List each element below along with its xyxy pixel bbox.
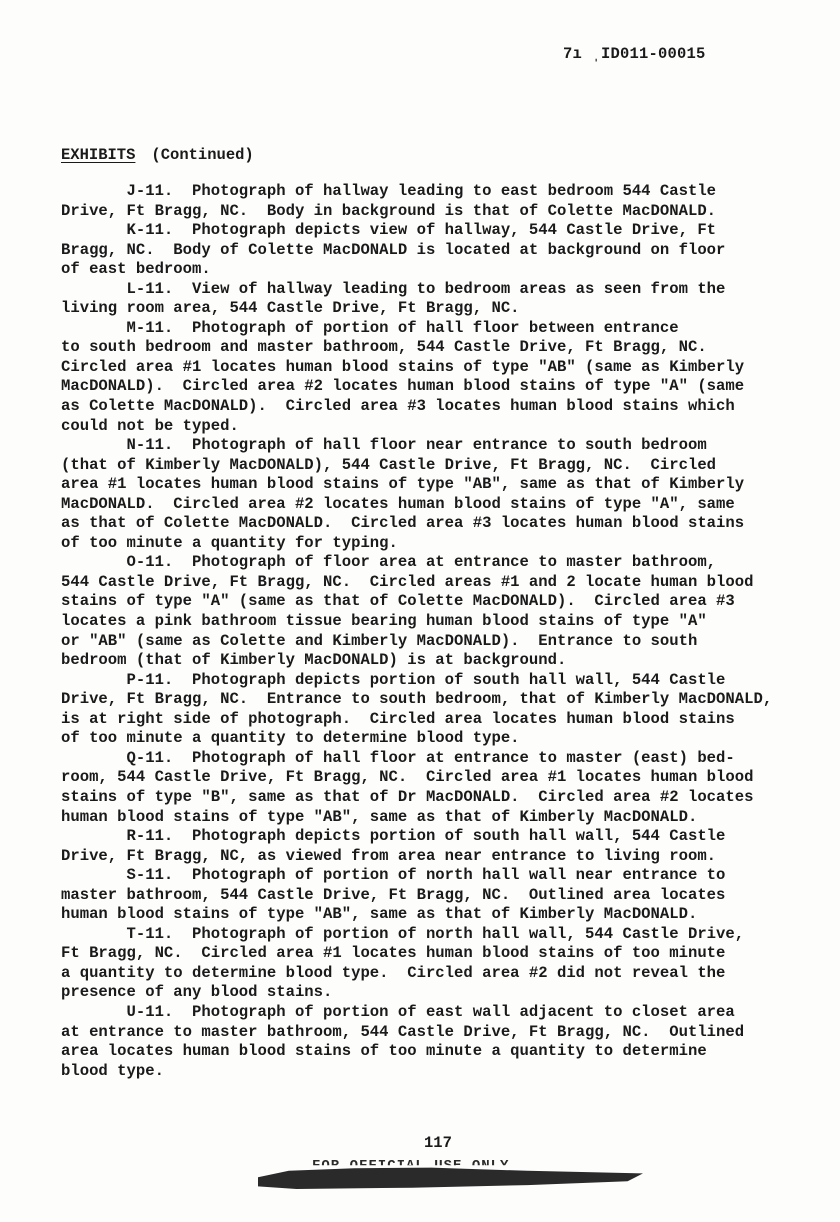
exhibit-j-11: J-11. Photograph of hallway leading to e… xyxy=(61,182,831,221)
exhibit-line: presence of any blood stains. xyxy=(61,983,831,1003)
exhibit-line: bedroom (that of Kimberly MacDONALD) is … xyxy=(61,651,831,671)
redaction-bar xyxy=(258,1163,643,1189)
exhibit-line: R-11. Photograph depicts portion of sout… xyxy=(61,827,831,847)
exhibit-s-11: S-11. Photograph of portion of north hal… xyxy=(61,866,831,925)
exhibit-line: N-11. Photograph of hall floor near entr… xyxy=(61,436,831,456)
exhibit-line: Q-11. Photograph of hall floor at entran… xyxy=(61,749,831,769)
exhibit-line: O-11. Photograph of floor area at entran… xyxy=(61,553,831,573)
exhibit-line: human blood stains of type "AB", same as… xyxy=(61,905,831,925)
exhibit-line: a quantity to determine blood type. Circ… xyxy=(61,964,831,984)
exhibit-line: of too minute a quantity to determine bl… xyxy=(61,729,831,749)
exhibit-t-11: T-11. Photograph of portion of north hal… xyxy=(61,925,831,1003)
exhibit-line: area #1 locates human blood stains of ty… xyxy=(61,475,831,495)
exhibit-line: stains of type "A" (same as that of Cole… xyxy=(61,592,831,612)
exhibit-line: MacDONALD). Circled area #2 locates huma… xyxy=(61,377,831,397)
page-number: 117 xyxy=(424,1134,452,1152)
exhibit-o-11: O-11. Photograph of floor area at entran… xyxy=(61,553,831,670)
exhibit-r-11: R-11. Photograph depicts portion of sout… xyxy=(61,827,831,866)
exhibit-line: Ft Bragg, NC. Circled area #1 locates hu… xyxy=(61,944,831,964)
exhibit-line: Drive, Ft Bragg, NC, as viewed from area… xyxy=(61,847,831,867)
exhibit-line: could not be typed. xyxy=(61,417,831,437)
exhibit-line: locates a pink bathroom tissue bearing h… xyxy=(61,612,831,632)
exhibit-line: area locates human blood stains of too m… xyxy=(61,1042,831,1062)
exhibit-line: 544 Castle Drive, Ft Bragg, NC. Circled … xyxy=(61,573,831,593)
exhibit-line: room, 544 Castle Drive, Ft Bragg, NC. Ci… xyxy=(61,768,831,788)
section-heading: EXHIBITS(Continued) xyxy=(61,146,254,164)
exhibit-line: as Colette MacDONALD). Circled area #3 l… xyxy=(61,397,831,417)
exhibit-line: or "AB" (same as Colette and Kimberly Ma… xyxy=(61,632,831,652)
exhibit-line: master bathroom, 544 Castle Drive, Ft Br… xyxy=(61,886,831,906)
exhibit-line: (that of Kimberly MacDONALD), 544 Castle… xyxy=(61,456,831,476)
exhibit-k-11: K-11. Photograph depicts view of hallway… xyxy=(61,221,831,280)
section-subtitle: (Continued) xyxy=(151,146,253,164)
exhibit-line: human blood stains of type "AB", same as… xyxy=(61,808,831,828)
exhibit-line: T-11. Photograph of portion of north hal… xyxy=(61,925,831,945)
exhibit-line: Drive, Ft Bragg, NC. Entrance to south b… xyxy=(61,690,831,710)
exhibit-line: blood type. xyxy=(61,1062,831,1082)
exhibit-line: to south bedroom and master bathroom, 54… xyxy=(61,338,831,358)
exhibit-line: P-11. Photograph depicts portion of sout… xyxy=(61,671,831,691)
exhibit-line: living room area, 544 Castle Drive, Ft B… xyxy=(61,299,831,319)
exhibit-m-11: M-11. Photograph of portion of hall floo… xyxy=(61,319,831,436)
exhibit-q-11: Q-11. Photograph of hall floor at entran… xyxy=(61,749,831,827)
exhibit-line: MacDONALD. Circled area #2 locates human… xyxy=(61,495,831,515)
exhibit-n-11: N-11. Photograph of hall floor near entr… xyxy=(61,436,831,553)
exhibit-line: is at right side of photograph. Circled … xyxy=(61,710,831,730)
exhibit-line: of east bedroom. xyxy=(61,260,831,280)
exhibit-p-11: P-11. Photograph depicts portion of sout… xyxy=(61,671,831,749)
exhibit-u-11: U-11. Photograph of portion of east wall… xyxy=(61,1003,831,1081)
exhibit-list: J-11. Photograph of hallway leading to e… xyxy=(61,182,831,1081)
exhibit-line: U-11. Photograph of portion of east wall… xyxy=(61,1003,831,1023)
exhibit-line: Circled area #1 locates human blood stai… xyxy=(61,358,831,378)
exhibit-line: at entrance to master bathroom, 544 Cast… xyxy=(61,1023,831,1043)
exhibit-l-11: L-11. View of hallway leading to bedroom… xyxy=(61,280,831,319)
exhibit-line: S-11. Photograph of portion of north hal… xyxy=(61,866,831,886)
exhibit-line: M-11. Photograph of portion of hall floo… xyxy=(61,319,831,339)
exhibit-line: of too minute a quantity for typing. xyxy=(61,534,831,554)
exhibit-line: Drive, Ft Bragg, NC. Body in background … xyxy=(61,202,831,222)
exhibit-line: J-11. Photograph of hallway leading to e… xyxy=(61,182,831,202)
exhibit-line: as that of Colette MacDONALD. Circled ar… xyxy=(61,514,831,534)
section-title: EXHIBITS xyxy=(61,146,135,164)
exhibit-line: Bragg, NC. Body of Colette MacDONALD is … xyxy=(61,241,831,261)
exhibit-line: K-11. Photograph depicts view of hallway… xyxy=(61,221,831,241)
document-id: 7ı ˌID011-00015 xyxy=(563,45,706,63)
exhibit-line: stains of type "B", same as that of Dr M… xyxy=(61,788,831,808)
exhibit-line: L-11. View of hallway leading to bedroom… xyxy=(61,280,831,300)
